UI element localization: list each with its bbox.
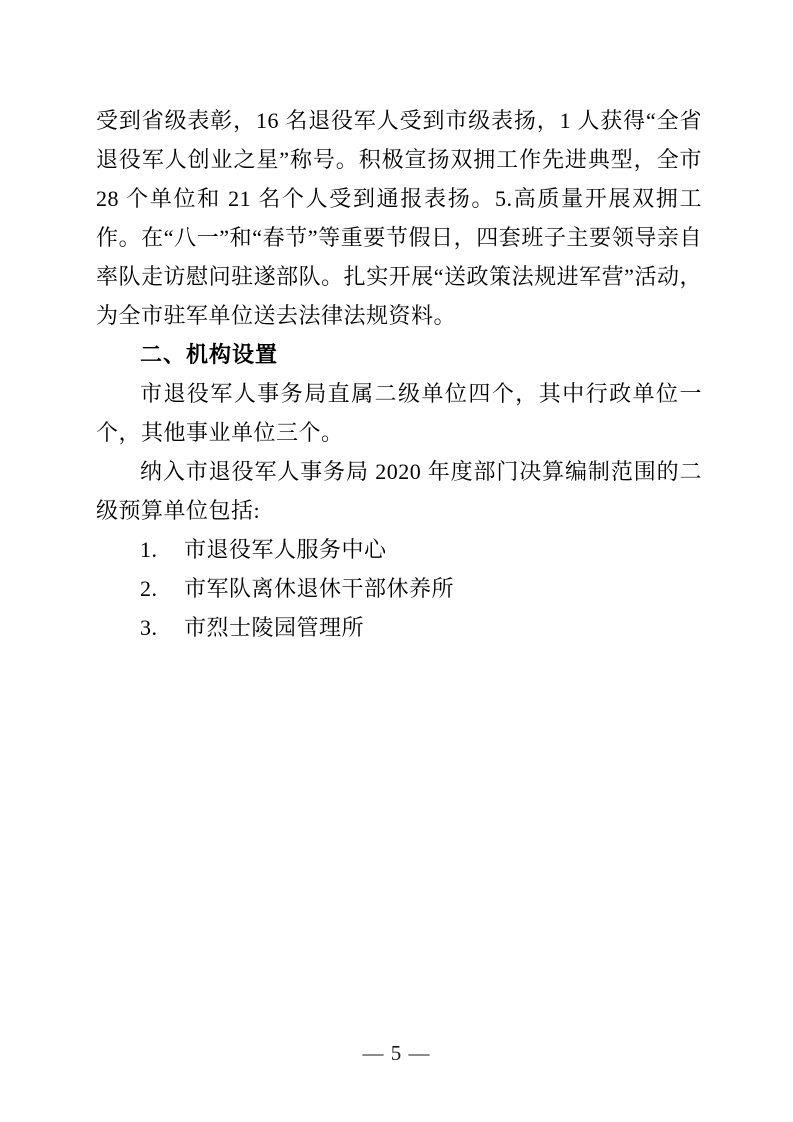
section-heading: 二、机构设置 [96,335,702,374]
list-item: 3.市烈士陵园管理所 [96,608,702,647]
page-footer: — 5 — [0,1040,793,1066]
list-item-number: 3. [140,608,164,647]
document-page: 受到省级表彰，16 名退役军人受到市级表扬，1 人获得“全省退役军人创业之星”称… [0,0,793,1122]
paragraph-continued: 受到省级表彰，16 名退役军人受到市级表扬，1 人获得“全省退役军人创业之星”称… [96,101,702,335]
list-item-number: 1. [140,530,164,569]
document-body: 受到省级表彰，16 名退役军人受到市级表扬，1 人获得“全省退役军人创业之星”称… [96,101,702,647]
list-item: 1.市退役军人服务中心 [96,530,702,569]
unit-list: 1.市退役军人服务中心 2.市军队离休退休干部休养所 3.市烈士陵园管理所 [96,530,702,647]
paragraph-budget-scope: 纳入市退役军人事务局 2020 年度部门决算编制范围的二级预算单位包括: [96,452,702,530]
list-item-number: 2. [140,569,164,608]
paragraph-org-overview: 市退役军人事务局直属二级单位四个，其中行政单位一个，其他事业单位三个。 [96,374,702,452]
list-item-text: 市军队离休退休干部休养所 [184,576,454,601]
list-item: 2.市军队离休退休干部休养所 [96,569,702,608]
list-item-text: 市烈士陵园管理所 [184,615,364,640]
page-number: — 5 — [363,1041,431,1065]
list-item-text: 市退役军人服务中心 [184,537,387,562]
